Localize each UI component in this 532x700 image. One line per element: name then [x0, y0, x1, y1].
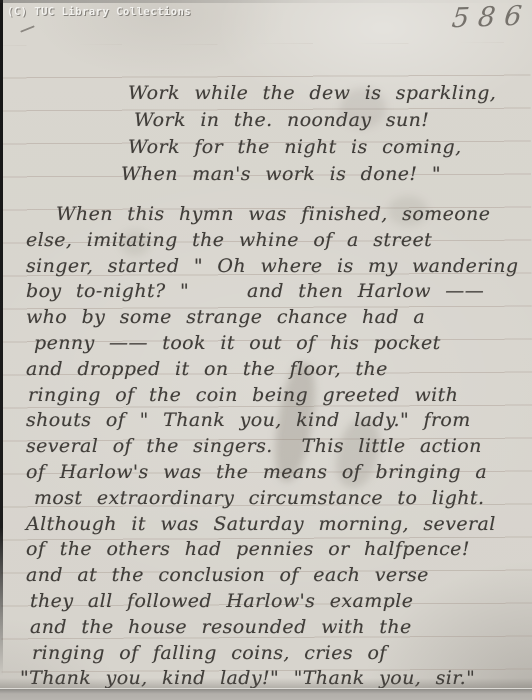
page-left-edge [0, 0, 3, 676]
body-line: shouts of " Thank you, kind lady." from [26, 409, 471, 432]
body-line: most extraordinary circumstance to light… [34, 487, 484, 510]
body-line: and dropped it on the floor, the [26, 358, 388, 381]
page-bottom-shadow [0, 678, 532, 688]
pencil-tick-mark [20, 25, 35, 32]
body-line: ringing of falling coins, cries of [32, 642, 387, 665]
hymn-line: When man's work is done! " [121, 163, 441, 186]
page-top-edge [0, 0, 532, 3]
page-number: 586 [450, 1, 523, 35]
hymn-line: Work for the night is coming, [128, 136, 462, 159]
body-line: singer, started " Oh where is my wanderi… [26, 255, 518, 278]
hymn-line: Work while the dew is sparkling, [128, 82, 496, 105]
body-line: ringing of the coin being greeted with [28, 384, 458, 407]
body-line: and at the conclusion of each verse [26, 564, 429, 587]
body-line: penny —— took it out of his pocket [34, 332, 441, 355]
body-line: Although it was Saturday morning, severa… [26, 513, 496, 536]
body-line: boy to-night? " and then Harlow —— [26, 280, 484, 303]
manuscript-page: (C) TUC Library Collections 586 Work whi… [0, 0, 532, 700]
body-line: they all followed Harlow's example [30, 590, 413, 613]
body-line: of the others had pennies or halfpence! [26, 538, 470, 561]
hymn-line: Work in the. noonday sun! [134, 109, 429, 132]
body-line: several of the singers. This little acti… [26, 435, 482, 458]
library-watermark: (C) TUC Library Collections [7, 6, 191, 18]
body-line: of Harlow's was the means of bringing a [26, 461, 487, 484]
body-line: When this hymn was finished, someone [56, 203, 490, 226]
body-line: else, imitating the whine of a street [26, 229, 432, 252]
body-line: and the house resounded with the [30, 616, 412, 639]
body-line: who by some strange chance had a [26, 306, 425, 329]
page-bottom-edge [0, 688, 532, 700]
